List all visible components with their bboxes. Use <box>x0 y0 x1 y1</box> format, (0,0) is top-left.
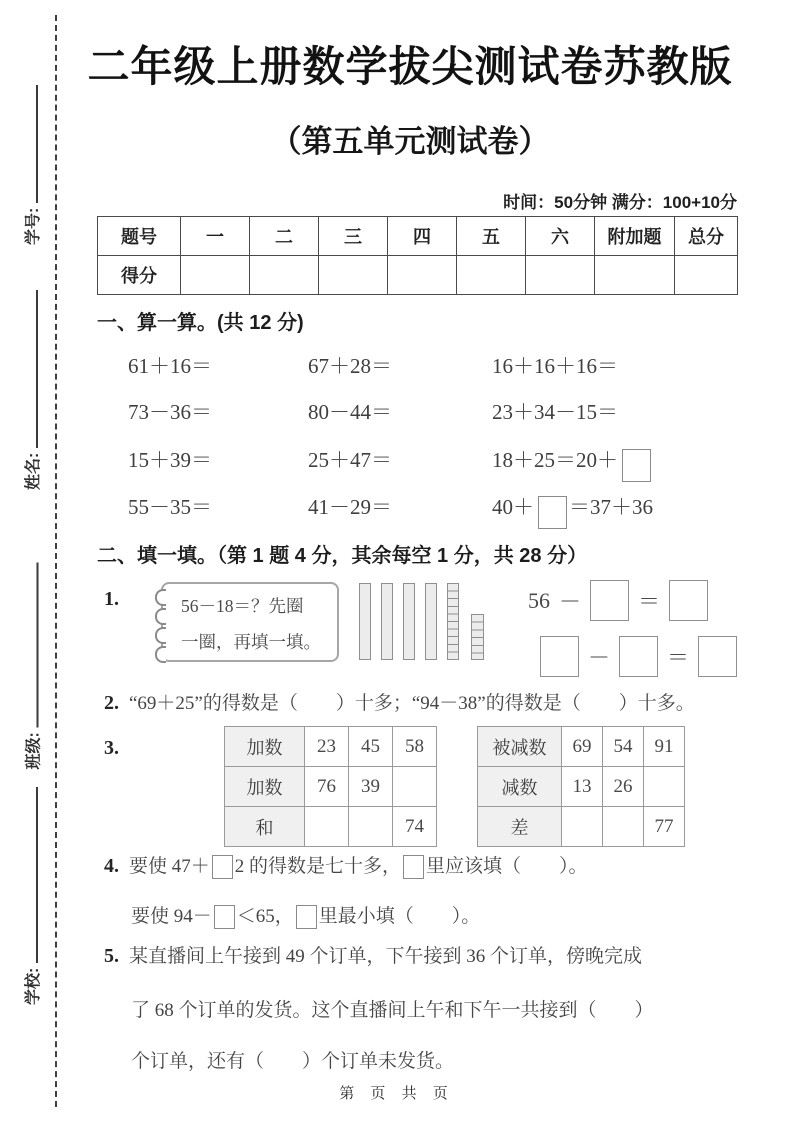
minus-sign: － <box>588 641 610 672</box>
calc-problem: 41－29＝ <box>308 491 392 521</box>
q1-note-line2: 一圈，再填一填。 <box>181 624 333 660</box>
row-label: 加数 <box>225 767 305 807</box>
score-table-header-row: 题号 一 二 三 四 五 六 附加题 总分 <box>98 217 738 256</box>
q5-text: 某直播间上午接到 49 个订单，下午接到 36 个订单，傍晚完成 <box>129 946 642 967</box>
row-label: 加数 <box>225 727 305 767</box>
q2-text: “69＋25”的得数是（ ）十多；“94－38”的得数是（ ）十多。 <box>129 693 695 714</box>
q4-number: 4. <box>104 855 119 877</box>
score-col-question-no: 题号 <box>98 217 181 256</box>
calc-problem: 55－35＝ <box>128 491 212 521</box>
table-row: 加数 76 39 <box>225 767 437 807</box>
score-col-5: 五 <box>457 217 526 256</box>
tens-rod <box>403 583 415 660</box>
section1-heading: 一、算一算。(共 12 分) <box>97 306 304 335</box>
q4-text: 里应该填（ ）。 <box>426 856 588 877</box>
calc-problem-text: 40＋ <box>492 495 534 519</box>
score-cell <box>319 256 388 295</box>
table-cell <box>562 807 603 847</box>
q4-text: 里最小填（ ）。 <box>319 906 481 927</box>
test-paper-page: 学号: 姓名: 班级: 学校: 二年级上册数学拔尖测试卷苏教版 （第五单元测试卷… <box>0 0 793 1122</box>
calc-problem: 25＋47＝ <box>308 444 392 474</box>
spiral-ring-icon <box>155 627 166 644</box>
table-cell: 26 <box>603 767 644 807</box>
table-cell: 54 <box>603 727 644 767</box>
q3-number: 3. <box>104 737 119 760</box>
tens-rod <box>425 583 437 660</box>
score-cell <box>675 256 738 295</box>
calc-problem: 80－44＝ <box>308 396 392 426</box>
score-col-6: 六 <box>526 217 595 256</box>
calc-problem: 16＋16＋16＝ <box>492 350 618 380</box>
q1-number: 1. <box>104 588 119 611</box>
score-cell <box>595 256 675 295</box>
score-cell <box>250 256 319 295</box>
q3-addition-table: 加数 23 45 58 加数 76 39 和 74 <box>224 726 437 847</box>
q5-line3: 个订单，还有（ ）个订单未发货。 <box>131 1046 454 1073</box>
table-cell: 74 <box>393 807 437 847</box>
score-col-bonus: 附加题 <box>595 217 675 256</box>
calc-problem-with-box: 18＋25＝20＋ <box>492 444 653 476</box>
row-label: 被减数 <box>478 727 562 767</box>
student-id-write-line <box>36 85 38 203</box>
answer-box <box>590 580 629 621</box>
table-row: 和 74 <box>225 807 437 847</box>
calc-problem: 61＋16＝ <box>128 350 212 380</box>
table-cell: 45 <box>349 727 393 767</box>
score-row-label: 得分 <box>98 256 181 295</box>
answer-box <box>212 855 233 879</box>
table-row: 被减数 69 54 91 <box>478 727 685 767</box>
answer-box <box>403 855 424 879</box>
spiral-ring-icon <box>155 608 166 625</box>
school-write-line <box>36 787 38 963</box>
answer-box <box>296 905 317 929</box>
q5-line1: 5. 某直播间上午接到 49 个订单，下午接到 36 个订单，傍晚完成 <box>104 941 642 968</box>
score-col-2: 二 <box>250 217 319 256</box>
answer-box <box>619 636 658 677</box>
table-cell: 77 <box>644 807 685 847</box>
answer-box <box>698 636 737 677</box>
table-cell <box>305 807 349 847</box>
calc-problem: 73－36＝ <box>128 396 212 426</box>
score-cell <box>526 256 595 295</box>
calc-problem: 15＋39＝ <box>128 444 212 474</box>
tens-rod <box>381 583 393 660</box>
base-ten-blocks-figure <box>357 581 489 665</box>
sidebar-field-class: 班级: <box>22 563 42 770</box>
score-col-1: 一 <box>181 217 250 256</box>
table-cell: 69 <box>562 727 603 767</box>
table-cell: 13 <box>562 767 603 807</box>
q4-line2: 要使 94－＜65，里最小填（ ）。 <box>131 901 480 932</box>
q2-row: 2. “69＋25”的得数是（ ）十多；“94－38”的得数是（ ）十多。 <box>104 688 695 715</box>
sidebar-field-student-id: 学号: <box>21 85 41 245</box>
spiral-ring-icon <box>155 589 166 606</box>
paper-title: 二年级上册数学拔尖测试卷苏教版 <box>80 34 740 94</box>
calc-problem-text: ＝37＋36 <box>569 495 653 519</box>
q1-note-card: 56－18＝？先圈 一圈，再填一填。 <box>161 582 339 662</box>
answer-box <box>538 496 567 529</box>
minus-sign: － <box>559 585 581 616</box>
score-col-4: 四 <box>388 217 457 256</box>
score-table: 题号 一 二 三 四 五 六 附加题 总分 得分 <box>97 216 738 295</box>
answer-box <box>669 580 708 621</box>
class-write-line <box>37 563 39 728</box>
table-row: 减数 13 26 <box>478 767 685 807</box>
table-cell <box>644 767 685 807</box>
time-score-info: 时间：50分钟 满分：100+10分 <box>97 188 737 213</box>
section2-heading: 二、填一填。（第 1 题 4 分，其余每空 1 分，共 28 分） <box>97 539 587 568</box>
row-label: 和 <box>225 807 305 847</box>
q1-equation-row2: － ＝ <box>540 636 737 677</box>
score-table-score-row: 得分 <box>98 256 738 295</box>
table-cell: 76 <box>305 767 349 807</box>
q5-number: 5. <box>104 945 119 967</box>
score-col-3: 三 <box>319 217 388 256</box>
row-label: 差 <box>478 807 562 847</box>
sidebar-field-name: 姓名: <box>21 290 41 490</box>
q1-eq1-lead: 56 <box>528 588 550 614</box>
tens-rod-segmented <box>447 583 459 660</box>
q4-line1: 4. 要使 47＋2 的得数是七十多，里应该填（ ）。 <box>104 851 588 882</box>
school-label: 学校: <box>20 968 43 1005</box>
q4-text: 要使 47＋ <box>129 856 210 877</box>
ones-stack <box>471 614 484 660</box>
q2-number: 2. <box>104 692 119 714</box>
calc-problem-text: 18＋25＝20＋ <box>492 448 618 472</box>
page-footer: 第 页 共 页 <box>0 1082 793 1103</box>
answer-box <box>622 449 651 482</box>
equals-sign: ＝ <box>667 641 689 672</box>
table-cell <box>603 807 644 847</box>
table-cell <box>349 807 393 847</box>
paper-subtitle: （第五单元测试卷） <box>80 116 740 161</box>
sidebar-field-school: 学校: <box>21 787 41 1005</box>
row-label: 减数 <box>478 767 562 807</box>
q5-line2: 了 68 个订单的发货。这个直播间上午和下午一共接到（ ） <box>131 995 654 1022</box>
table-cell: 91 <box>644 727 685 767</box>
name-write-line <box>36 290 38 448</box>
class-label: 班级: <box>20 732 43 769</box>
calc-problem-with-box: 40＋＝37＋36 <box>492 491 653 523</box>
q4-text: 2 的得数是七十多， <box>235 856 401 877</box>
q4-text: 要使 94－ <box>131 906 212 927</box>
table-cell <box>393 767 437 807</box>
score-col-total: 总分 <box>675 217 738 256</box>
q4-text: ＜65， <box>237 906 294 927</box>
binding-dashed-line <box>55 15 57 1107</box>
name-label: 姓名: <box>20 453 43 490</box>
score-cell <box>181 256 250 295</box>
score-cell <box>388 256 457 295</box>
q1-note-line1: 56－18＝？先圈 <box>181 588 333 624</box>
table-row: 加数 23 45 58 <box>225 727 437 767</box>
answer-box <box>540 636 579 677</box>
table-cell: 58 <box>393 727 437 767</box>
table-row: 差 77 <box>478 807 685 847</box>
tens-rod <box>359 583 371 660</box>
q3-subtraction-table: 被减数 69 54 91 减数 13 26 差 77 <box>477 726 685 847</box>
table-cell: 23 <box>305 727 349 767</box>
calc-problem: 67＋28＝ <box>308 350 392 380</box>
q1-equation-row1: 56 － ＝ <box>528 580 708 621</box>
score-cell <box>457 256 526 295</box>
student-id-label: 学号: <box>20 208 43 245</box>
answer-box <box>214 905 235 929</box>
spiral-ring-icon <box>155 646 166 663</box>
calc-problem: 23＋34－15＝ <box>492 396 618 426</box>
equals-sign: ＝ <box>638 585 660 616</box>
table-cell: 39 <box>349 767 393 807</box>
